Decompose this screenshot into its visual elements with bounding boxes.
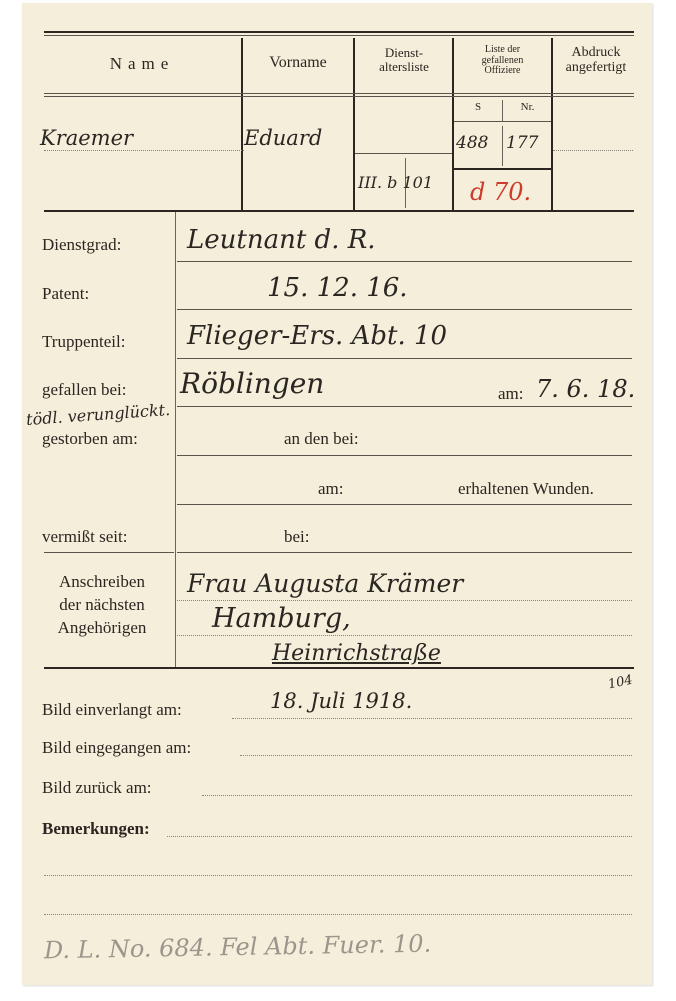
dotted-rule [202,795,632,796]
label-anschreiben: Anschreiben der nächsten Angehörigen [40,571,164,640]
label-wunden: erhaltenen Wunden. [458,479,594,499]
header-rule [44,96,634,97]
entry-liste-nr: 177 [506,133,538,153]
label-vermisst-bei: bei: [284,527,310,547]
col-divider-s-nr [502,100,503,122]
header-s: S [454,102,502,114]
value-gefallen-bei: Röblingen [180,367,324,400]
col-divider-s-nr [502,126,503,166]
top-rule-thin [44,35,634,36]
value-anschreiben-line1: Frau Augusta Krämer [187,569,463,598]
abdruck-dotted-rule [553,150,633,151]
index-card: Name Vorname Dienst- altersliste Liste d… [22,3,652,985]
label-an-den-bei: an den bei: [284,429,359,449]
label-truppenteil: Truppenteil: [42,332,125,352]
header-rule [44,93,634,94]
label-bild-eingegangen: Bild eingegangen am: [42,738,191,758]
value-anschreiben-number: 104 [607,673,634,693]
entry-dienstaltersliste: III. b 101 [358,173,433,192]
col-divider [241,38,243,210]
entry-dotted-rule [44,150,244,151]
value-dienstgrad: Leutnant d. R. [187,225,376,255]
dotted-rule [232,718,632,719]
entry-vorname: Eduard [244,126,322,150]
row-rule [177,455,632,456]
header-name: Name [52,55,232,73]
dotted-rule [44,875,632,876]
row-rule [177,261,632,262]
value-anschreiben-line2: Hamburg, [212,603,351,634]
section-rule [44,667,634,669]
dotted-rule [177,600,632,601]
value-anschreiben-line3: Heinrichstraße [272,641,441,666]
row-rule [177,406,632,407]
dotted-rule [167,836,632,837]
label-bild-einverlangt: Bild einverlangt am: [42,700,182,720]
label-column-divider [175,212,176,667]
header-dienstaltersliste: Dienst- altersliste [356,46,452,73]
label-gestorben-am: gestorben am: [42,429,138,449]
entry-name: Kraemer [40,126,133,150]
dal-rule [355,153,452,154]
row-rule [177,552,632,553]
margin-note: tödl. verunglückt. [26,400,171,429]
row-rule [44,552,174,553]
row-rule [177,309,632,310]
dotted-rule [44,914,632,915]
entry-red-note: d 70. [470,178,531,206]
dotted-rule [177,635,632,636]
header-nr: Nr. [504,102,551,114]
header-liste-gefallenen: Liste der gefallenen Offiziere [454,45,551,77]
label-gefallen-am: am: [498,384,524,404]
section-rule [44,210,634,212]
value-patent: 15. 12. 16. [267,273,408,303]
value-gefallen-am: 7. 6. 18. [536,375,635,403]
label-patent: Patent: [42,284,89,304]
label-bild-zurueck: Bild zurück am: [42,778,152,798]
label-vermisst-seit: vermißt seit: [42,527,127,547]
row-rule [177,358,632,359]
label-dienstgrad: Dienstgrad: [42,235,121,255]
label-am: am: [318,479,344,499]
dotted-rule [240,755,632,756]
label-gefallen-bei: gefallen bei: [42,380,127,400]
entry-liste-s: 488 [456,133,488,153]
liste-rule [454,168,551,170]
pencil-note: D. L. No. 684. Fel Abt. Fuer. 10. [44,930,432,965]
col-divider [353,38,355,210]
value-truppenteil: Flieger-Ers. Abt. 10 [187,321,447,351]
header-vorname: Vorname [244,55,352,72]
label-bemerkungen: Bemerkungen: [42,819,150,839]
header-abdruck: Abdruck angefertigt [553,46,639,75]
top-rule [44,31,634,33]
value-bild-einverlangt: 18. Juli 1918. [270,689,412,713]
sub-header-rule [454,121,551,122]
row-rule [177,504,632,505]
